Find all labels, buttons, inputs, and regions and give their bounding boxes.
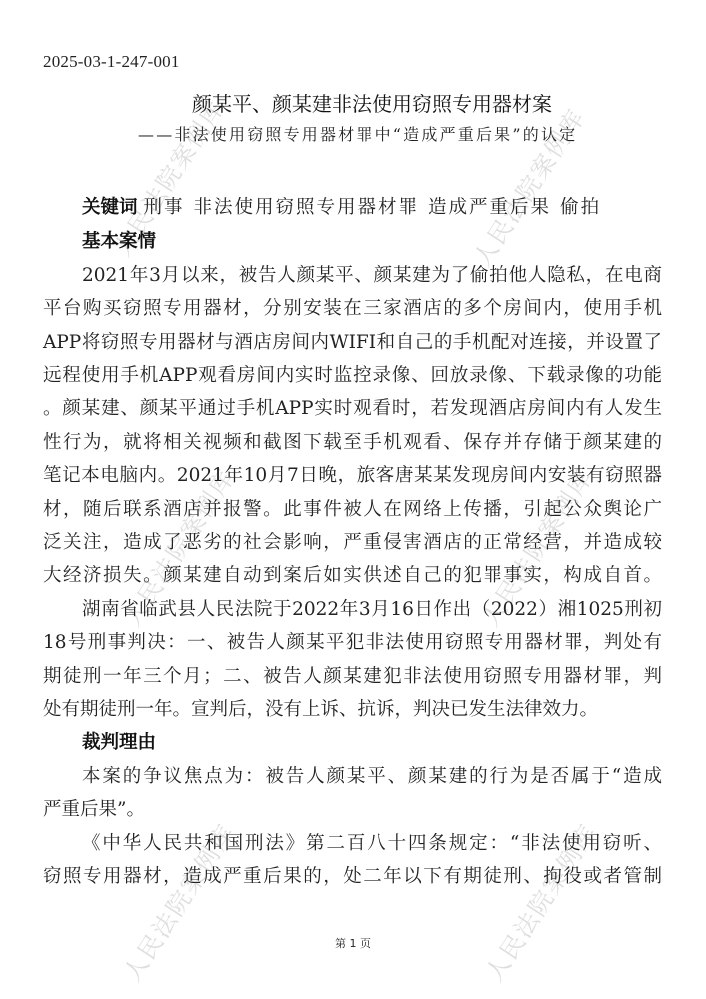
paragraph-line: 处有期徒刑一年。宣判后，没有上诉、抗诉，判决已发生法律效力。 bbox=[43, 695, 643, 725]
paragraph-line: 。颜某建、颜某平通过手机APP实时观看时，若发现酒店房间内有人发生 bbox=[43, 394, 662, 424]
keyword: 造成严重后果 bbox=[428, 197, 551, 218]
paragraph-line: 严重后果”。 bbox=[43, 795, 662, 825]
section-heading-basic-facts: 基本案情 bbox=[82, 227, 156, 257]
keyword: 偷拍 bbox=[560, 197, 601, 218]
document-page: 人民法院案例库 人民法院案例库 人民法院案例库 人民法院案例库 人民法院案例库 … bbox=[0, 0, 706, 999]
keywords-row: 关键词刑事非法使用窃照专用器材罪造成严重后果偷拍 bbox=[82, 193, 610, 223]
document-title: 颜某平、颜某建非法使用窃照专用器材案 bbox=[0, 88, 706, 117]
paragraph-line: 笔记本电脑内。2021年10月7日晚，旅客唐某某发现房间内安装有窃照器 bbox=[43, 461, 662, 491]
page-number: 第 1 页 bbox=[0, 935, 706, 951]
paragraph-line: 远程使用手机APP观看房间内实时监控录像、回放录像、下载录像的功能 bbox=[43, 361, 662, 391]
paragraph-line: 泛关注，造成了恶劣的社会影响，严重侵害酒店的正常经营，并造成较 bbox=[43, 528, 662, 558]
paragraph-line: 窃照专用器材，造成严重后果的，处二年以下有期徒刑、拘役或者管制 bbox=[43, 862, 662, 892]
paragraph-line: 湖南省临武县人民法院于2022年3月16日作出（2022）湘1025刑初 bbox=[82, 595, 662, 625]
paragraph-line: APP将窃照专用器材与酒店房间内WIFI和自己的手机配对连接，并设置了 bbox=[43, 328, 662, 358]
paragraph-line: 2021年3月以来，被告人颜某平、颜某建为了偷拍他人隐私，在电商 bbox=[82, 261, 662, 291]
paragraph-line: 材，随后联系酒店并报警。此事件被人在网络上传播，引起公众舆论广 bbox=[43, 495, 662, 525]
paragraph-line: 平台购买窃照专用器材，分别安装在三家酒店的多个房间内，使用手机 bbox=[43, 294, 662, 324]
document-subtitle: ——非法使用窃照专用器材罪中“造成严重后果”的认定 bbox=[138, 122, 577, 145]
case-id: 2025-03-1-247-001 bbox=[43, 52, 180, 72]
paragraph-line: 18号刑事判决：一、被告人颜某平犯非法使用窃照专用器材罪，判处有 bbox=[43, 628, 662, 658]
paragraph-line: 大经济损失。颜某建自动到案后如实供述自己的犯罪事实，构成自首。 bbox=[43, 561, 662, 591]
paragraph-line: 性行为，就将相关视频和截图下载至手机观看、保存并存储于颜某建的 bbox=[43, 428, 662, 458]
paragraph-line: 《中华人民共和国刑法》第二百八十四条规定：“非法使用窃听、 bbox=[82, 829, 662, 859]
section-heading-reasoning: 裁判理由 bbox=[82, 728, 156, 758]
keyword: 刑事 bbox=[144, 197, 185, 218]
paragraph-line: 本案的争议焦点为：被告人颜某平、颜某建的行为是否属于“造成 bbox=[82, 762, 662, 792]
keywords-label: 关键词 bbox=[82, 197, 138, 218]
paragraph-line: 期徒刑一年三个月；二、被告人颜某建犯非法使用窃照专用器材罪，判 bbox=[43, 662, 662, 692]
keyword: 非法使用窃照专用器材罪 bbox=[194, 197, 420, 218]
